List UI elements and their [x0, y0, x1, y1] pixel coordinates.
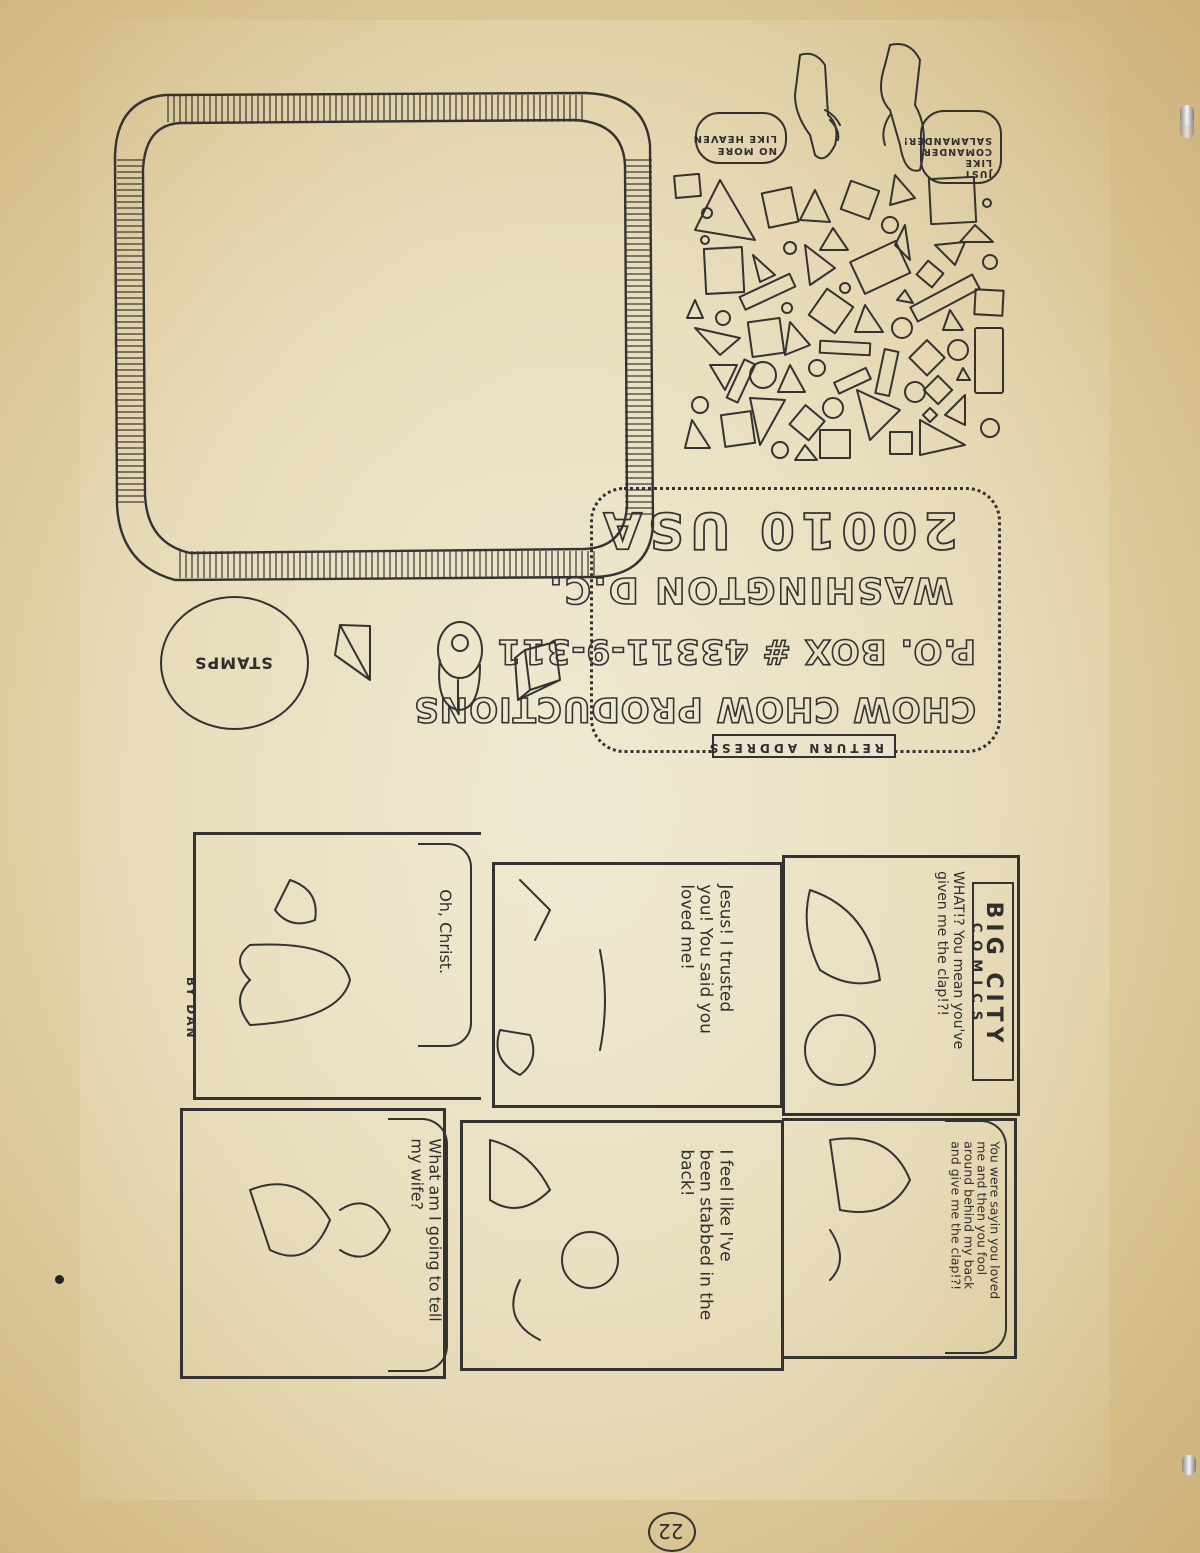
bubble-text: NO MORE LIKE HEAVEN — [693, 133, 777, 156]
page-number-circle: 22 — [648, 1512, 696, 1552]
bubble-text: JUST LIKE COMANDER SALAMANDER! — [903, 134, 992, 178]
return-address-box: CHOW CHOW PRODUCTIONS P.O. BOX # 43311-9… — [590, 487, 1001, 753]
return-address-line3: WASHINGTON D.C. — [547, 569, 953, 610]
speech-bubble-no-more-heaven: NO MORE LIKE HEAVEN — [695, 112, 787, 164]
comic-figures-drawing — [190, 850, 1010, 1370]
margin-dot — [55, 1275, 64, 1284]
page-number: 22 — [658, 1519, 683, 1542]
stamps-circle: STAMPS — [160, 596, 309, 730]
speech-bubble-commander-salamander: JUST LIKE COMANDER SALAMANDER! — [920, 110, 1002, 184]
geometric-shapes-collage — [665, 170, 1005, 470]
stamps-label: STAMPS — [194, 653, 273, 671]
staple-top-2 — [1180, 118, 1194, 138]
return-address-line4: 20010 USA — [597, 501, 958, 559]
staple-bottom — [1182, 1455, 1196, 1475]
tv-frame-drawing — [105, 85, 665, 585]
3d-shapes-drawing — [330, 610, 570, 730]
return-address-tag: RETURN ADDRESS — [712, 734, 896, 758]
